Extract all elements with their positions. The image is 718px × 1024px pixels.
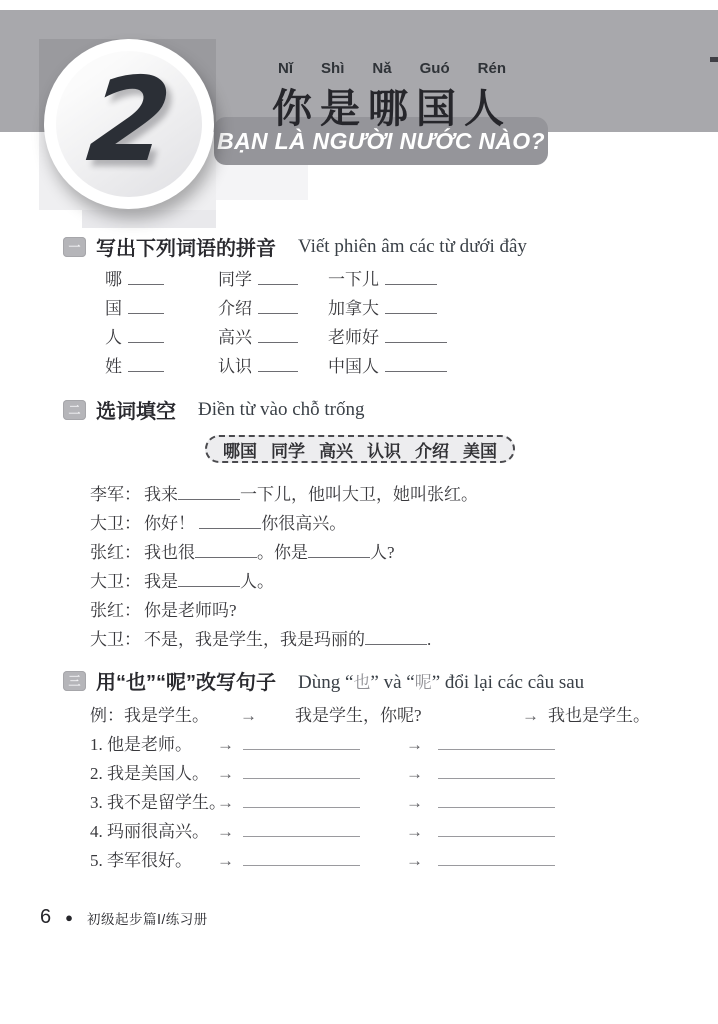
answer-line bbox=[438, 796, 555, 808]
answer-line bbox=[243, 738, 360, 750]
answer-blank bbox=[258, 331, 298, 343]
word-item: 高兴 bbox=[218, 323, 298, 352]
word-row: 国 介绍 加拿大 bbox=[0, 294, 718, 323]
answer-blank bbox=[178, 488, 240, 500]
item-source: 2. 我是美国人。 bbox=[90, 762, 217, 786]
answer-blank bbox=[258, 302, 298, 314]
dialogue-exercise: 李军：我来一下儿，他叫大卫，她叫张红。 大卫：你好！ 你很高兴。 张红：我也很。… bbox=[90, 480, 710, 654]
answer-blank bbox=[385, 331, 447, 343]
answer-blank bbox=[178, 575, 240, 587]
workbook-page: BẠN LÀ NGƯỜI NƯỚC NÀO? 2 Nǐ Shì Nǎ Guó R… bbox=[0, 0, 718, 1024]
word-item: 哪 bbox=[105, 265, 164, 294]
answer-blank bbox=[128, 302, 164, 314]
answer-line bbox=[438, 767, 555, 779]
rewrite-item-row: 2. 我是美国人。→→ bbox=[90, 762, 555, 786]
answer-line bbox=[243, 767, 360, 779]
section2-heading: 二 选词填空 Điền từ vào chỗ trống bbox=[63, 395, 364, 424]
answer-blank bbox=[258, 360, 298, 372]
vi-embedded-hanzi: 呢 bbox=[415, 673, 432, 692]
section3-title-vi: Dùng “也” và “呢” đổi lại các câu sau bbox=[298, 668, 584, 694]
arrow-icon: → bbox=[406, 849, 432, 873]
dialogue-line: 大卫：你好！ 你很高兴。 bbox=[90, 509, 710, 538]
answer-blank bbox=[308, 546, 370, 558]
dialogue-line: 大卫：不是，我是学生，我是玛丽的. bbox=[90, 625, 710, 654]
word-bank-item: 美国 bbox=[463, 437, 497, 462]
pinyin-syllable: Guó bbox=[420, 60, 450, 77]
answer-blank bbox=[199, 517, 261, 529]
speaker-label: 大卫： bbox=[90, 625, 144, 654]
pinyin-syllable: Nǐ bbox=[278, 60, 293, 77]
word-item: 国 bbox=[105, 294, 164, 323]
rewrite-item-row: 4. 玛丽很高兴。→→ bbox=[90, 820, 555, 844]
word-bank-item: 哪国 bbox=[223, 437, 257, 462]
pinyin-syllable: Nǎ bbox=[372, 60, 391, 77]
example-step2: 我也是学生。 bbox=[548, 706, 650, 725]
word-row: 姓 认识 中国人 bbox=[0, 352, 718, 381]
answer-blank bbox=[258, 273, 298, 285]
page-number: 6 bbox=[40, 906, 51, 929]
rewrite-item-row: 1. 他是老师。→→ bbox=[90, 733, 555, 757]
vi-embedded-hanzi: 也 bbox=[353, 673, 370, 692]
answer-line bbox=[243, 796, 360, 808]
dialogue-line: 张红：你是老师吗? bbox=[90, 596, 710, 625]
pinyin-exercise-grid: 哪 同学 一下儿 国 介绍 加拿大 人 高兴 老师好 姓 认识 中国人 bbox=[0, 265, 718, 381]
arrow-icon: → bbox=[406, 820, 432, 844]
item-source: 5. 李军很好。 bbox=[90, 849, 217, 873]
word-item: 人 bbox=[105, 323, 164, 352]
word-bank-item: 认识 bbox=[367, 437, 401, 462]
speaker-label: 大卫： bbox=[90, 567, 144, 596]
answer-blank bbox=[195, 546, 257, 558]
arrow-icon: → bbox=[217, 791, 243, 815]
section3-heading: 三 用“也”“呢”改写句子 Dùng “也” và “呢” đổi lại cá… bbox=[63, 666, 584, 695]
answer-line bbox=[243, 854, 360, 866]
answer-blank bbox=[385, 273, 437, 285]
word-bank-item: 同学 bbox=[271, 437, 305, 462]
word-row: 人 高兴 老师好 bbox=[0, 323, 718, 352]
arrow-icon: → bbox=[217, 733, 243, 757]
item-source: 3. 我不是留学生。 bbox=[90, 791, 217, 815]
arrow-icon: → bbox=[522, 704, 548, 728]
answer-line bbox=[438, 854, 555, 866]
word-item: 加拿大 bbox=[328, 294, 437, 323]
item-source: 4. 玛丽很高兴。 bbox=[90, 820, 217, 844]
word-bank-item: 高兴 bbox=[319, 437, 353, 462]
word-item: 一下儿 bbox=[328, 265, 437, 294]
section3-title-cn: 用“也”“呢”改写句子 bbox=[96, 666, 276, 695]
arrow-icon: → bbox=[406, 733, 432, 757]
dialogue-line: 大卫：我是人。 bbox=[90, 567, 710, 596]
section3-number-icon: 三 bbox=[63, 671, 86, 691]
footer-book-title: 初级起步篇Ⅰ/练习册 bbox=[87, 908, 208, 928]
word-item: 老师好 bbox=[328, 323, 447, 352]
dialogue-line: 张红：我也很。你是人? bbox=[90, 538, 710, 567]
word-item: 姓 bbox=[105, 352, 164, 381]
rewrite-item-row: 5. 李军很好。→→ bbox=[90, 849, 555, 873]
answer-line bbox=[438, 825, 555, 837]
pinyin-syllable: Shì bbox=[321, 60, 344, 77]
answer-blank bbox=[365, 633, 427, 645]
word-bank-box: 哪国 同学 高兴 认识 介绍 美国 bbox=[205, 435, 515, 463]
example-step1: 我是学生，你呢? bbox=[295, 704, 522, 728]
answer-blank bbox=[385, 360, 447, 372]
arrow-icon: → bbox=[240, 704, 295, 728]
section1-heading: 一 写出下列词语的拼音 Viết phiên âm các từ dưới đâ… bbox=[63, 232, 527, 261]
word-bank-item: 介绍 bbox=[415, 437, 449, 462]
word-item: 中国人 bbox=[328, 352, 447, 381]
speaker-label: 张红： bbox=[90, 538, 144, 567]
lesson-title-chinese: 你是哪国人 bbox=[252, 77, 532, 134]
rewrite-example-row: 例：我是学生。→我是学生，你呢?→我也是学生。 bbox=[90, 704, 650, 728]
section1-title-cn: 写出下列词语的拼音 bbox=[96, 232, 276, 261]
dialogue-line: 李军：我来一下儿，他叫大卫，她叫张红。 bbox=[90, 480, 710, 509]
section2-title-cn: 选词填空 bbox=[96, 395, 176, 424]
word-item: 介绍 bbox=[218, 294, 298, 323]
word-item: 同学 bbox=[218, 265, 298, 294]
rewrite-item-row: 3. 我不是留学生。→→ bbox=[90, 791, 555, 815]
section2-title-vi: Điền từ vào chỗ trống bbox=[198, 399, 364, 421]
answer-blank bbox=[128, 273, 164, 285]
word-row: 哪 同学 一下儿 bbox=[0, 265, 718, 294]
word-item: 认识 bbox=[218, 352, 298, 381]
pinyin-syllable: Rén bbox=[478, 60, 506, 77]
arrow-icon: → bbox=[217, 762, 243, 786]
page-edge-mark bbox=[710, 57, 718, 62]
section2-number-icon: 二 bbox=[63, 400, 86, 420]
answer-line bbox=[243, 825, 360, 837]
arrow-icon: → bbox=[406, 762, 432, 786]
answer-blank bbox=[385, 302, 437, 314]
answer-line bbox=[438, 738, 555, 750]
footer-bullet-icon: ● bbox=[65, 910, 73, 925]
lesson-title-pinyin: Nǐ Shì Nǎ Guó Rén bbox=[278, 60, 506, 77]
arrow-icon: → bbox=[217, 820, 243, 844]
section1-number-icon: 一 bbox=[63, 237, 86, 257]
page-footer: 6 ● 初级起步篇Ⅰ/练习册 bbox=[40, 906, 208, 929]
answer-blank bbox=[128, 360, 164, 372]
speaker-label: 大卫： bbox=[90, 509, 144, 538]
arrow-icon: → bbox=[217, 849, 243, 873]
speaker-label: 李军： bbox=[90, 480, 144, 509]
answer-blank bbox=[128, 331, 164, 343]
speaker-label: 张红： bbox=[90, 596, 144, 625]
arrow-icon: → bbox=[406, 791, 432, 815]
example-source: 例：我是学生。 bbox=[90, 704, 240, 728]
section1-title-vi: Viết phiên âm các từ dưới đây bbox=[298, 236, 527, 258]
lesson-number: 2 bbox=[35, 39, 223, 209]
item-source: 1. 他是老师。 bbox=[90, 733, 217, 757]
